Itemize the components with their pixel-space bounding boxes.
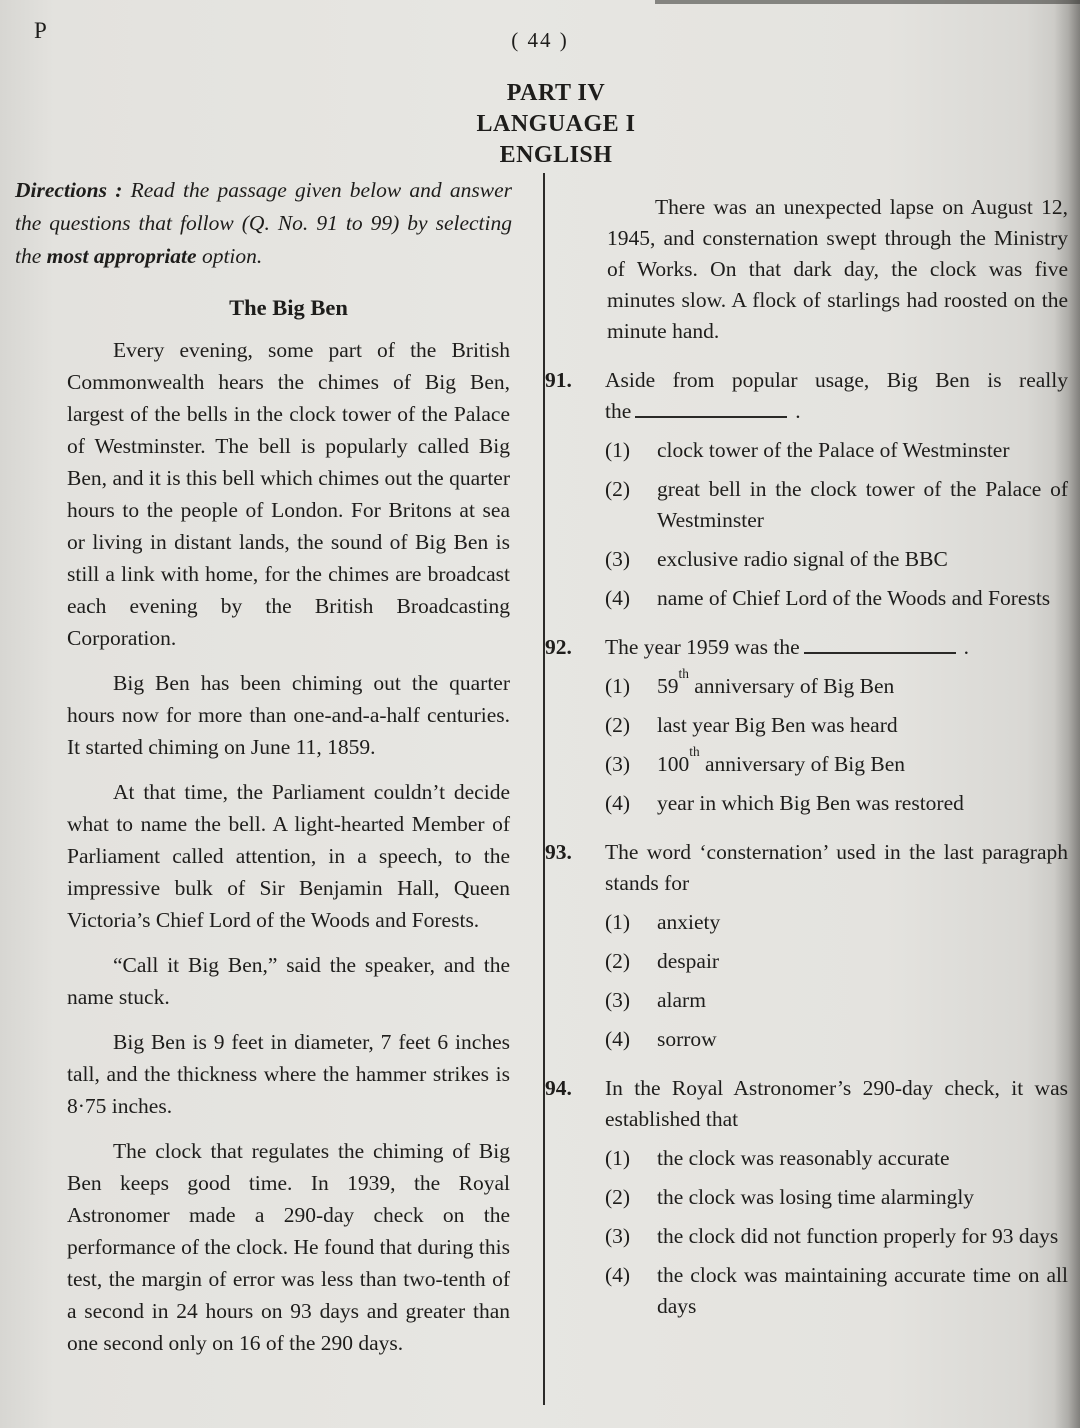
language-title: LANGUAGE I bbox=[16, 109, 1080, 140]
option-text: sorrow bbox=[657, 1024, 1068, 1055]
option-item: (2) despair bbox=[605, 946, 1068, 977]
option-number: (3) bbox=[605, 1221, 657, 1252]
option-item: (4) year in which Big Ben was restored bbox=[605, 788, 1068, 819]
questions-list: 91. Aside from popular usage, Big Ben is… bbox=[545, 365, 1068, 1322]
question-item: 92. The year 1959 was the. (1) 59th anni… bbox=[545, 632, 1068, 819]
passage-paragraph: “Call it Big Ben,” said the speaker, and… bbox=[67, 949, 510, 1013]
option-item: (3) 100th anniversary of Big Ben bbox=[605, 749, 1068, 780]
option-text: despair bbox=[657, 946, 1068, 977]
option-number: (3) bbox=[605, 544, 657, 575]
question-number: 94. bbox=[545, 1073, 605, 1135]
question-item: 93. The word ‘consternation’ used in the… bbox=[545, 837, 1068, 1055]
option-item: (4) the clock was maintaining accurate t… bbox=[605, 1260, 1068, 1322]
option-number: (4) bbox=[605, 1024, 657, 1055]
directions-label: Directions : bbox=[15, 178, 122, 202]
question-blank-group: the. bbox=[605, 399, 801, 423]
option-number: (3) bbox=[605, 985, 657, 1016]
option-text: clock tower of the Palace of Westminster bbox=[657, 435, 1068, 466]
passage-paragraph: The clock that regulates the chiming of … bbox=[67, 1135, 510, 1359]
options-list: (1) anxiety (2) despair (3) alarm (4) so… bbox=[605, 899, 1068, 1055]
option-text: name of Chief Lord of the Woods and Fore… bbox=[657, 583, 1068, 614]
ordinal-superscript: th bbox=[679, 666, 689, 681]
right-column: There was an unexpected lapse on August … bbox=[545, 192, 1068, 1322]
option-text: year in which Big Ben was restored bbox=[657, 788, 1068, 819]
option-item: (2) last year Big Ben was heard bbox=[605, 710, 1068, 741]
passage-continuation: There was an unexpected lapse on August … bbox=[607, 192, 1068, 347]
option-text: 59th anniversary of Big Ben bbox=[657, 671, 1068, 702]
part-title: PART IV bbox=[16, 78, 1080, 109]
passage-paragraphs: Every evening, some part of the British … bbox=[67, 334, 510, 1359]
option-number: (4) bbox=[605, 1260, 657, 1322]
option-item: (2) great bell in the clock tower of the… bbox=[605, 474, 1068, 536]
option-text: anxiety bbox=[657, 907, 1068, 938]
directions: Directions : Read the passage given belo… bbox=[15, 174, 512, 273]
option-text: 100th anniversary of Big Ben bbox=[657, 749, 1068, 780]
option-item: (4) name of Chief Lord of the Woods and … bbox=[605, 583, 1068, 614]
option-text: the clock was reasonably accurate bbox=[657, 1143, 1068, 1174]
option-text: the clock was losing time alarmingly bbox=[657, 1182, 1068, 1213]
option-item: (1) anxiety bbox=[605, 907, 1068, 938]
option-text: last year Big Ben was heard bbox=[657, 710, 1068, 741]
option-number: (3) bbox=[605, 749, 657, 780]
page-number: ( 44 ) bbox=[0, 28, 1080, 53]
option-number: (4) bbox=[605, 583, 657, 614]
option-text: great bell in the clock tower of the Pal… bbox=[657, 474, 1068, 536]
option-number: (4) bbox=[605, 788, 657, 819]
scan-artifact-top bbox=[655, 0, 1080, 4]
option-item: (3) the clock did not function properly … bbox=[605, 1221, 1068, 1252]
question-item: 94. In the Royal Astronomer’s 290-day ch… bbox=[545, 1073, 1068, 1322]
directions-emphasis: most appropriate bbox=[47, 244, 197, 268]
option-number: (1) bbox=[605, 1143, 657, 1174]
question-blank-group: the. bbox=[773, 635, 969, 659]
directions-text-after: option. bbox=[197, 244, 263, 268]
option-number: (2) bbox=[605, 1182, 657, 1213]
left-column: Directions : Read the passage given belo… bbox=[15, 174, 512, 1359]
option-number: (2) bbox=[605, 474, 657, 536]
question-text: Aside from popular usage, Big Ben is rea… bbox=[605, 365, 1068, 427]
options-list: (1) 59th anniversary of Big Ben (2) last… bbox=[605, 663, 1068, 819]
answer-blank bbox=[635, 399, 787, 418]
section-header: PART IV LANGUAGE I ENGLISH bbox=[16, 78, 1080, 171]
passage-paragraph: Every evening, some part of the British … bbox=[67, 334, 510, 654]
passage-paragraph: Big Ben has been chiming out the quarter… bbox=[67, 667, 510, 763]
answer-blank bbox=[804, 635, 956, 654]
subject-title: ENGLISH bbox=[16, 140, 1080, 171]
question-number: 92. bbox=[545, 632, 605, 663]
passage-title: The Big Ben bbox=[67, 295, 510, 321]
question-text: The year 1959 was the. bbox=[605, 632, 1068, 663]
option-item: (1) the clock was reasonably accurate bbox=[605, 1143, 1068, 1174]
question-number: 91. bbox=[545, 365, 605, 427]
question-text: The word ‘consternation’ used in the las… bbox=[605, 837, 1068, 899]
option-number: (1) bbox=[605, 671, 657, 702]
option-item: (3) alarm bbox=[605, 985, 1068, 1016]
option-item: (4) sorrow bbox=[605, 1024, 1068, 1055]
passage-paragraph: At that time, the Parliament couldn’t de… bbox=[67, 776, 510, 936]
question-item: 91. Aside from popular usage, Big Ben is… bbox=[545, 365, 1068, 614]
option-item: (1) 59th anniversary of Big Ben bbox=[605, 671, 1068, 702]
option-number: (1) bbox=[605, 435, 657, 466]
question-number: 93. bbox=[545, 837, 605, 899]
options-list: (1) clock tower of the Palace of Westmin… bbox=[605, 427, 1068, 614]
option-number: (2) bbox=[605, 710, 657, 741]
option-item: (1) clock tower of the Palace of Westmin… bbox=[605, 435, 1068, 466]
option-number: (2) bbox=[605, 946, 657, 977]
option-number: (1) bbox=[605, 907, 657, 938]
option-text: exclusive radio signal of the BBC bbox=[657, 544, 1068, 575]
passage-paragraph: Big Ben is 9 feet in diameter, 7 feet 6 … bbox=[67, 1026, 510, 1122]
question-text: In the Royal Astronomer’s 290-day check,… bbox=[605, 1073, 1068, 1135]
option-text: the clock was maintaining accurate time … bbox=[657, 1260, 1068, 1322]
option-item: (3) exclusive radio signal of the BBC bbox=[605, 544, 1068, 575]
options-list: (1) the clock was reasonably accurate (2… bbox=[605, 1135, 1068, 1322]
option-text: alarm bbox=[657, 985, 1068, 1016]
ordinal-superscript: th bbox=[689, 744, 699, 759]
option-text: the clock did not function properly for … bbox=[657, 1221, 1068, 1252]
option-item: (2) the clock was losing time alarmingly bbox=[605, 1182, 1068, 1213]
